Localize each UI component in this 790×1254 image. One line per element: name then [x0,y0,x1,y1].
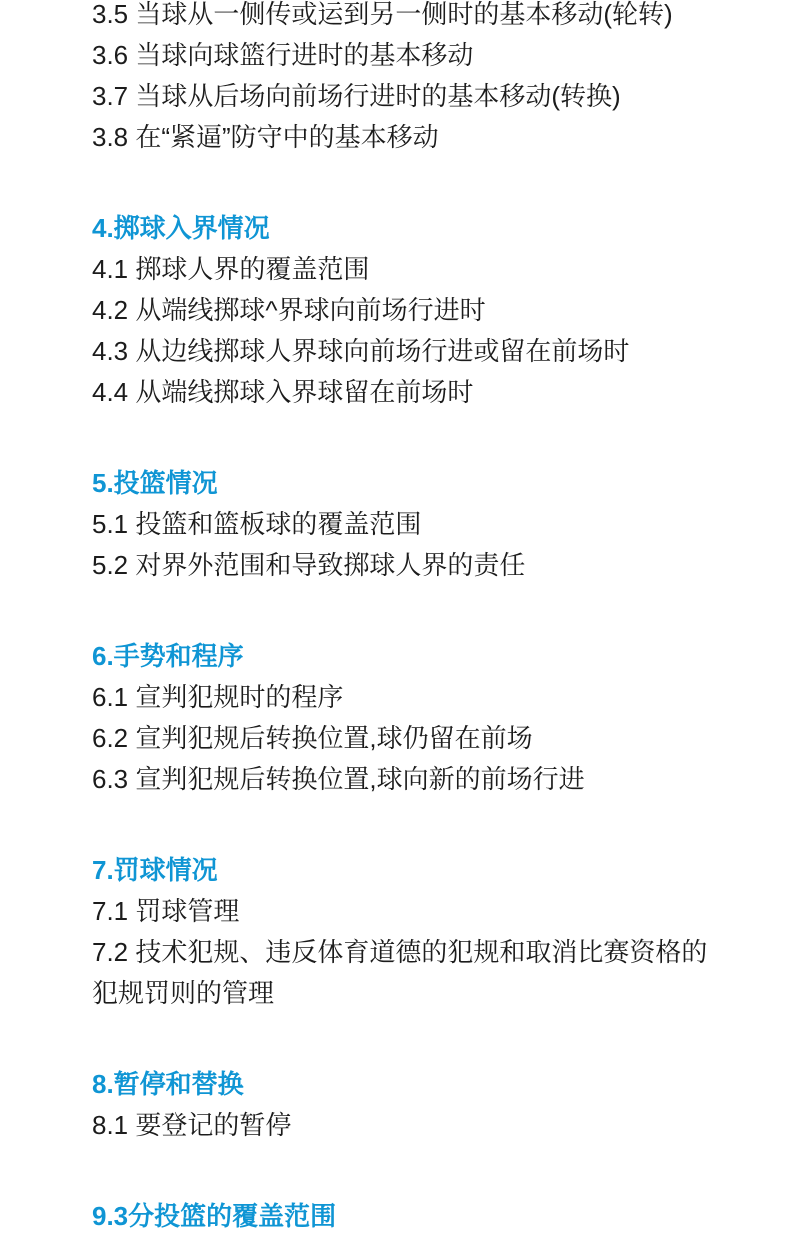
toc-item: 5.1 投篮和篮板球的覆盖范围 [92,504,722,545]
toc-item: 6.2 宣判犯规后转换位置,球仍留在前场 [92,718,722,759]
toc-section: 5.投篮情况5.1 投篮和篮板球的覆盖范围5.2 对界外范围和导致掷球人界的责任 [92,463,722,586]
toc-item: 8.1 要登记的暂停 [92,1105,722,1146]
toc-item: 3.6 当球向球篮行进时的基本移动 [92,35,722,76]
toc-item: 6.3 宣判犯规后转换位置,球向新的前场行进 [92,759,722,800]
section-heading: 9.3分投篮的覆盖范围 [92,1196,722,1237]
section-heading: 5.投篮情况 [92,463,722,504]
toc-item: 4.4 从端线掷球入界球留在前场时 [92,372,722,413]
toc-section: 8.暂停和替换8.1 要登记的暂停 [92,1064,722,1146]
section-heading: 8.暂停和替换 [92,1064,722,1105]
toc-section: 4.掷球入界情况4.1 掷球人界的覆盖范围4.2 从端线掷球^界球向前场行进时4… [92,208,722,413]
toc-item: 3.7 当球从后场向前场行进时的基本移动(转换) [92,76,722,117]
toc-section: 6.手势和程序6.1 宣判犯规时的程序6.2 宣判犯规后转换位置,球仍留在前场6… [92,636,722,800]
toc-item: 4.2 从端线掷球^界球向前场行进时 [92,290,722,331]
toc-section: 3.5 当球从一侧传或运到另一侧时的基本移动(轮转)3.6 当球向球篮行进时的基… [92,0,722,158]
toc-item: 3.5 当球从一侧传或运到另一侧时的基本移动(轮转) [92,0,722,35]
toc-item: 5.2 对界外范围和导致掷球人界的责任 [92,545,722,586]
section-heading: 6.手势和程序 [92,636,722,677]
section-heading: 4.掷球入界情况 [92,208,722,249]
table-of-contents: 3.5 当球从一侧传或运到另一侧时的基本移动(轮转)3.6 当球向球篮行进时的基… [0,0,790,1237]
toc-section: 9.3分投篮的覆盖范围 [92,1196,722,1237]
toc-item: 3.8 在“紧逼”防守中的基本移动 [92,117,722,158]
toc-item: 4.1 掷球人界的覆盖范围 [92,249,722,290]
toc-section: 7.罚球情况7.1 罚球管理7.2 技术犯规、违反体育道德的犯规和取消比赛资格的… [92,850,722,1014]
toc-item: 6.1 宣判犯规时的程序 [92,677,722,718]
toc-item: 4.3 从边线掷球人界球向前场行进或留在前场时 [92,331,722,372]
section-heading: 7.罚球情况 [92,850,722,891]
toc-item: 7.2 技术犯规、违反体育道德的犯规和取消比赛资格的犯规罚则的管理 [92,932,722,1014]
toc-item: 7.1 罚球管理 [92,891,722,932]
